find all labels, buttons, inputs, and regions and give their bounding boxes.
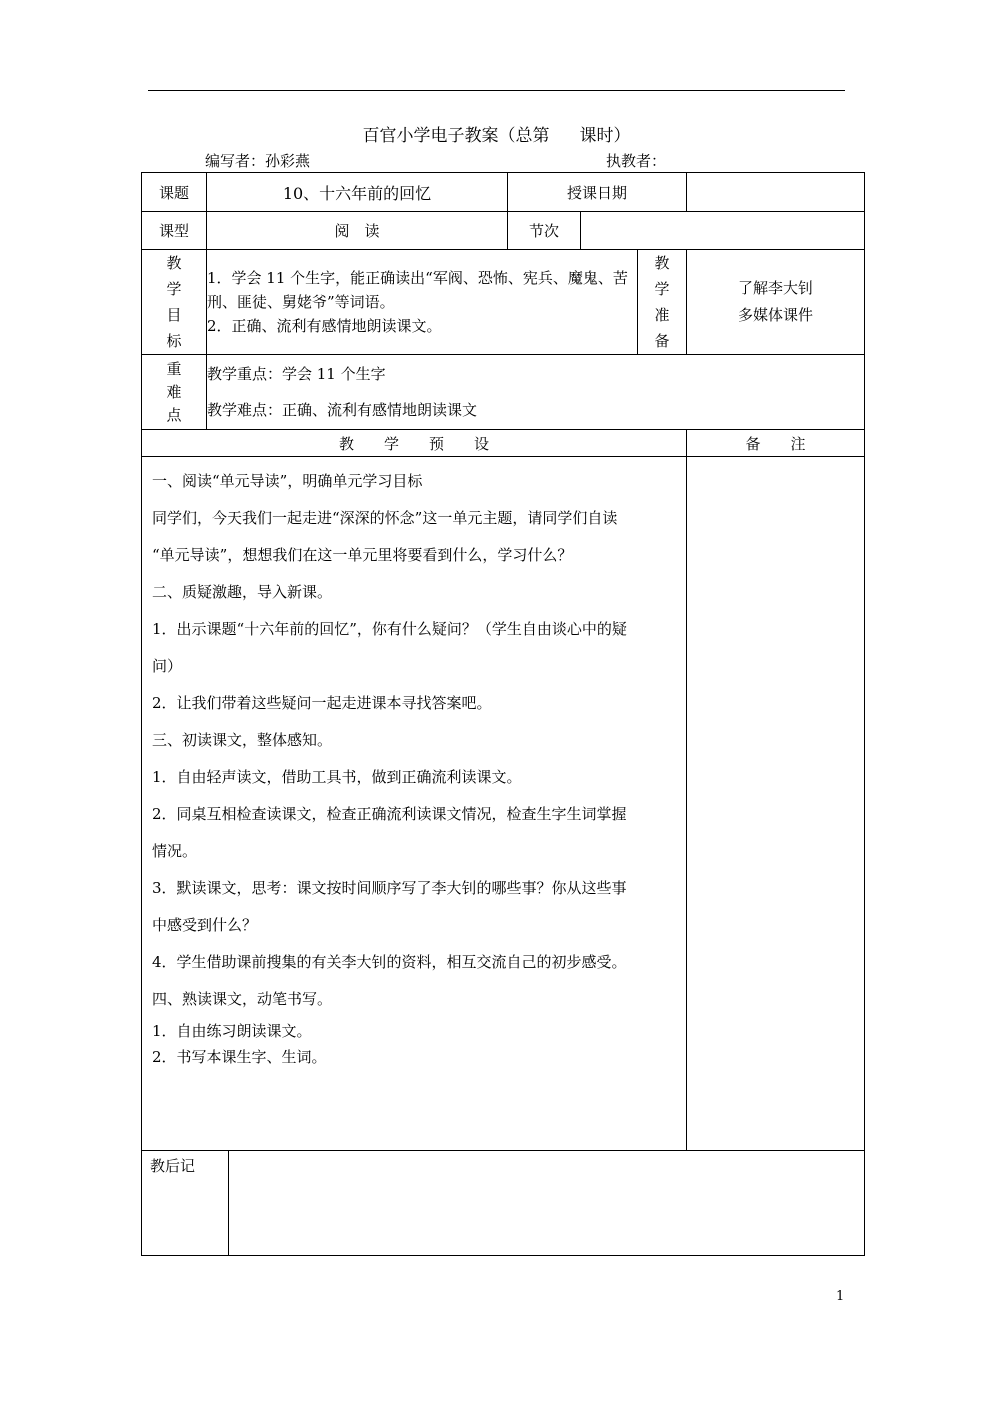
reflection-content[interactable] bbox=[229, 1151, 865, 1256]
topic-row: 课题 10、十六年前的回忆 授课日期 bbox=[142, 173, 865, 212]
author-label: 编写者：孙彩燕 bbox=[205, 150, 310, 171]
plan-line: 2．同桌互相检查读课文，检查正确流利读课文情况，检查生字生词掌握 bbox=[152, 796, 678, 833]
prep-item: 了解李大钊 bbox=[687, 275, 864, 302]
type-value: 阅 读 bbox=[207, 212, 508, 250]
plan-header: 教 学 预 设 bbox=[142, 430, 687, 457]
prep-label-char: 教 bbox=[638, 250, 686, 276]
plan-line: 二、质疑激趣，导入新课。 bbox=[152, 574, 678, 611]
plan-line: 中感受到什么？ bbox=[152, 907, 678, 944]
plan-body-row: 一、阅读“单元导读”，明确单元学习目标 同学们，今天我们一起走进“深深的怀念”这… bbox=[142, 457, 865, 1151]
plan-content: 一、阅读“单元导读”，明确单元学习目标 同学们，今天我们一起走进“深深的怀念”这… bbox=[142, 457, 687, 1151]
date-label: 授课日期 bbox=[508, 173, 687, 212]
objectives-label-char: 标 bbox=[142, 328, 206, 354]
period-value[interactable] bbox=[581, 212, 865, 250]
difficult-point: 教学难点：正确、流利有感情地朗读课文 bbox=[207, 392, 864, 428]
plan-line: 3．默读课文，思考：课文按时间顺序写了李大钊的哪些事？你从这些事 bbox=[152, 870, 678, 907]
reflection-row: 教后记 bbox=[142, 1151, 865, 1256]
plan-line: 一、阅读“单元导读”，明确单元学习目标 bbox=[152, 463, 678, 500]
plan-line: 同学们，今天我们一起走进“深深的怀念”这一单元主题，请同学们自读 bbox=[152, 500, 678, 537]
notes-content[interactable] bbox=[687, 457, 865, 1151]
executor-label: 执教者： bbox=[606, 150, 666, 171]
notes-header: 备 注 bbox=[687, 430, 865, 457]
plan-line: 4．学生借助课前搜集的有关李大钊的资料，相互交流自己的初步感受。 bbox=[152, 944, 678, 981]
header-rule bbox=[148, 90, 845, 91]
topic-value: 10、十六年前的回忆 bbox=[207, 173, 508, 212]
objective-item: 2．正确、流利有感情地朗读课文。 bbox=[207, 314, 637, 338]
plan-header-row: 教 学 预 设 备 注 bbox=[142, 430, 865, 457]
objective-item: 1．学会 11 个生字，能正确读出“军阀、恐怖、宪兵、魔鬼、苦刑、匪徒、舅姥爷”… bbox=[207, 266, 637, 314]
plan-line: 情况。 bbox=[152, 833, 678, 870]
key-label-char: 难 bbox=[142, 381, 206, 404]
title-prefix: 百官小学电子教案（总第 bbox=[363, 126, 550, 146]
plan-line: 1．出示课题“十六年前的回忆”，你有什么疑问？（学生自由谈心中的疑 bbox=[152, 611, 678, 648]
type-label: 课型 bbox=[142, 212, 207, 250]
plan-line: 2．书写本课生字、生词。 bbox=[152, 1044, 678, 1070]
prep-item: 多媒体课件 bbox=[687, 302, 864, 329]
prep-label-char: 准 bbox=[638, 302, 686, 328]
plan-line: “单元导读”，想想我们在这一单元里将要看到什么，学习什么？ bbox=[152, 537, 678, 574]
objectives-label-char: 教 bbox=[142, 250, 206, 276]
plan-line: 四、熟读课文，动笔书写。 bbox=[152, 981, 678, 1018]
key-label-char: 点 bbox=[142, 404, 206, 427]
date-value[interactable] bbox=[687, 173, 865, 212]
key-points-row: 重 难 点 教学重点：学会 11 个生字 教学难点：正确、流利有感情地朗读课文 bbox=[142, 355, 865, 430]
plan-line: 1．自由轻声读文，借助工具书，做到正确流利读课文。 bbox=[152, 759, 678, 796]
plan-line: 2．让我们带着这些疑问一起走进课本寻找答案吧。 bbox=[152, 685, 678, 722]
page-number: 1 bbox=[836, 1289, 844, 1304]
key-points-label: 重 难 点 bbox=[142, 355, 207, 430]
document-title: 百官小学电子教案（总第课时） bbox=[0, 121, 993, 146]
period-label: 节次 bbox=[508, 212, 581, 250]
plan-line: 问） bbox=[152, 648, 678, 685]
objectives-label: 教 学 目 标 bbox=[142, 250, 207, 355]
objectives-row: 教 学 目 标 1．学会 11 个生字，能正确读出“军阀、恐怖、宪兵、魔鬼、苦刑… bbox=[142, 250, 865, 355]
prep-label-char: 备 bbox=[638, 328, 686, 354]
prep-label-char: 学 bbox=[638, 276, 686, 302]
type-row: 课型 阅 读 节次 bbox=[142, 212, 865, 250]
lesson-plan-table: 课题 10、十六年前的回忆 授课日期 课型 阅 读 节次 教 学 目 标 1．学… bbox=[141, 172, 865, 1256]
plan-line: 三、初读课文，整体感知。 bbox=[152, 722, 678, 759]
key-label-char: 重 bbox=[142, 358, 206, 381]
key-point: 教学重点：学会 11 个生字 bbox=[207, 356, 864, 392]
title-suffix: 课时） bbox=[580, 126, 631, 146]
plan-line: 1．自由练习朗读课文。 bbox=[152, 1018, 678, 1044]
prep-content: 了解李大钊 多媒体课件 bbox=[687, 250, 865, 355]
prep-label: 教 学 准 备 bbox=[638, 250, 687, 355]
reflection-label: 教后记 bbox=[142, 1151, 229, 1256]
objectives-label-char: 目 bbox=[142, 302, 206, 328]
topic-label: 课题 bbox=[142, 173, 207, 212]
objectives-content: 1．学会 11 个生字，能正确读出“军阀、恐怖、宪兵、魔鬼、苦刑、匪徒、舅姥爷”… bbox=[207, 250, 638, 355]
objectives-label-char: 学 bbox=[142, 276, 206, 302]
key-points-content: 教学重点：学会 11 个生字 教学难点：正确、流利有感情地朗读课文 bbox=[207, 355, 865, 430]
